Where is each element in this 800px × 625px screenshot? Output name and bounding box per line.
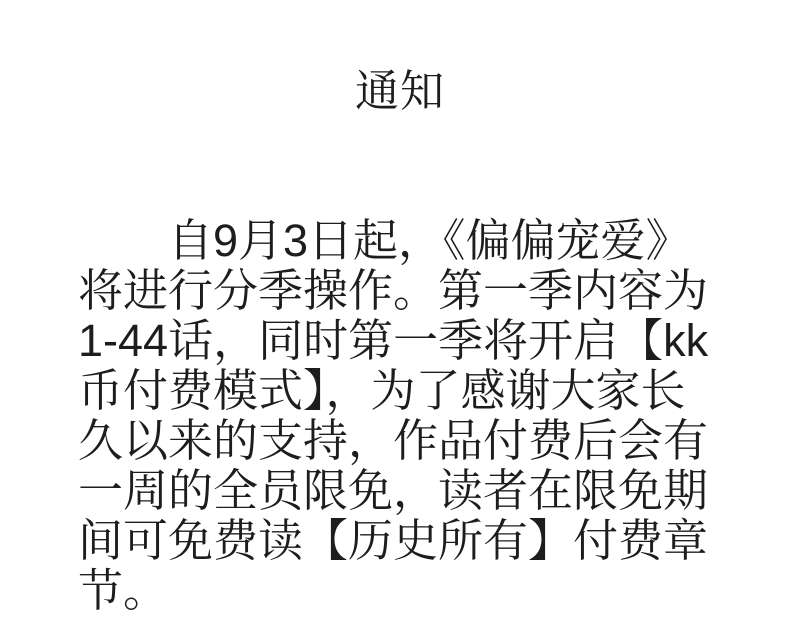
notice-title: 通知 [0, 68, 800, 116]
notice-body-text: 自9月3日起，《偏偏宠爱》 将进行分季操作。第一季内容为 1-44话，同时第一季… [78, 216, 744, 616]
notice-page: 通知 自9月3日起，《偏偏宠爱》 将进行分季操作。第一季内容为 1-44话，同时… [0, 0, 800, 625]
